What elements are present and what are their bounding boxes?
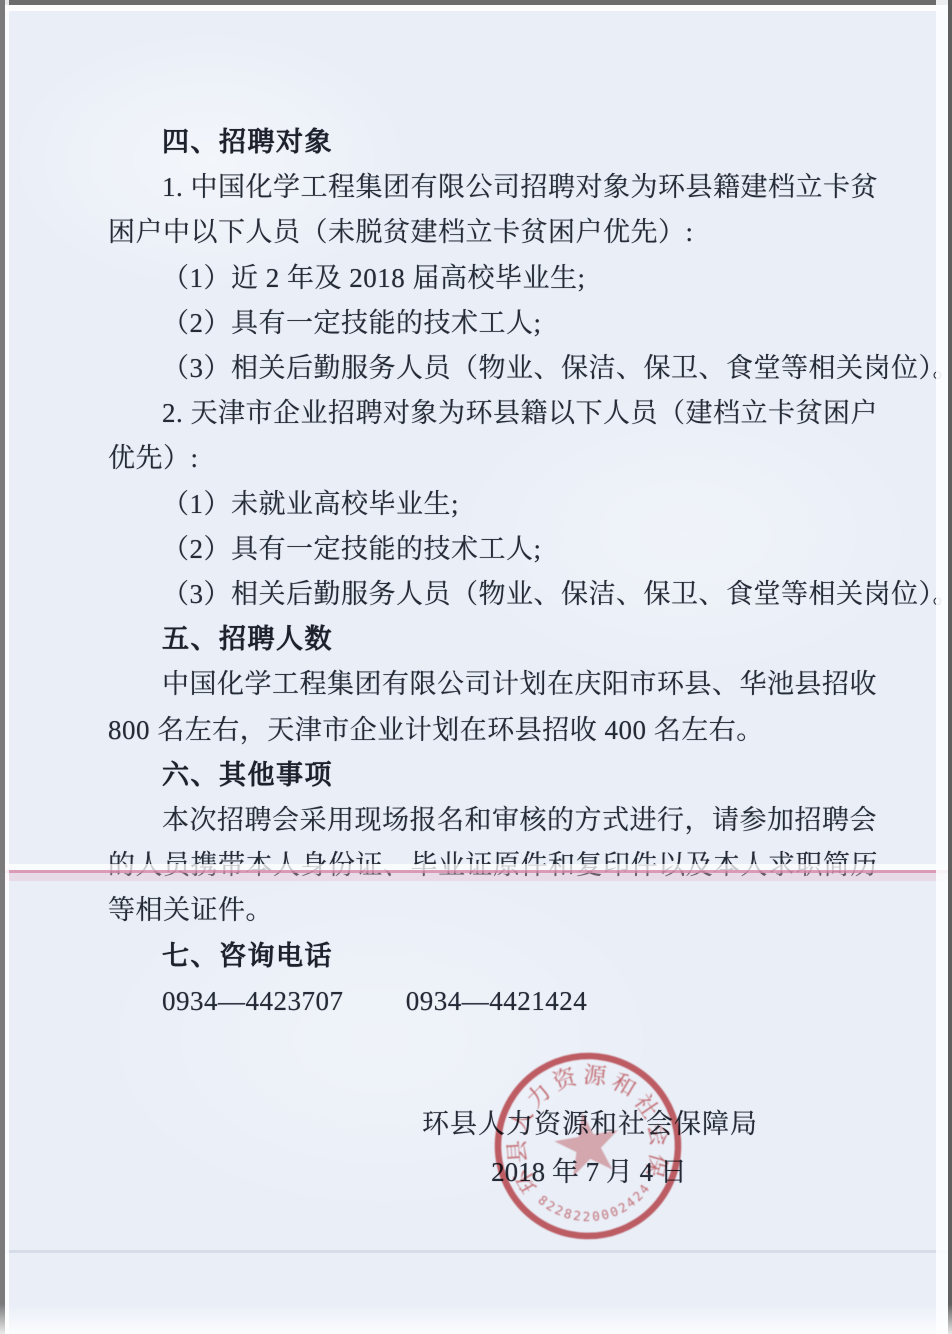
document-body: 四、招聘对象1. 中国化学工程集团有限公司招聘对象为环县籍建档立卡贫困户中以下人…	[108, 120, 922, 1024]
photo-edge-left-white	[5, 0, 9, 1334]
photo-edge-right-dark	[948, 0, 952, 1334]
document-heading-line: 七、咨询电话	[108, 934, 922, 979]
document-text-line: 本次招聘会采用现场报名和审核的方式进行，请参加招聘会	[108, 798, 922, 843]
document-text-line: 1. 中国化学工程集团有限公司招聘对象为环县籍建档立卡贫	[108, 165, 922, 210]
document-heading-line: 五、招聘人数	[108, 617, 922, 662]
document-text-line: 困户中以下人员（未脱贫建档立卡贫困户优先）:	[108, 210, 922, 255]
document-text-line: （2）具有一定技能的技术工人;	[108, 301, 922, 346]
document-text-line: 800 名左右，天津市企业计划在环县招收 400 名左右。	[108, 708, 922, 753]
document-text-line: （1）近 2 年及 2018 届高校毕业生;	[108, 256, 922, 301]
seal-star-icon	[550, 1107, 624, 1179]
document-text-line: 等相关证件。	[108, 888, 922, 933]
document-text-line: 中国化学工程集团有限公司计划在庆阳市环县、华池县招收	[108, 662, 922, 707]
seal-code: 8228220002424	[534, 1173, 658, 1233]
document-text-line: 优先）:	[108, 436, 922, 481]
photo-edge-top-white	[0, 5, 952, 11]
document-text-line: （3）相关后勤服务人员（物业、保洁、保卫、食堂等相关岗位）。	[108, 346, 922, 391]
document-heading-line: 六、其他事项	[108, 753, 922, 798]
document-text-line: 0934—4423707 0934—4421424	[108, 979, 922, 1024]
official-seal: 环县人力资源和社会保障局 8228220002424	[472, 1030, 704, 1262]
document-text-line: （1）未就业高校毕业生;	[108, 482, 922, 527]
document-heading-line: 四、招聘对象	[108, 120, 922, 165]
document-text-line: （3）相关后勤服务人员（物业、保洁、保卫、食堂等相关岗位）。	[108, 572, 922, 617]
scanned-document-photo: 四、招聘对象1. 中国化学工程集团有限公司招聘对象为环县籍建档立卡贫困户中以下人…	[0, 0, 952, 1334]
scan-artifact-gray-line	[0, 1250, 952, 1253]
photo-edge-right-white	[936, 0, 948, 1334]
scan-artifact-pink-fade	[0, 873, 952, 881]
document-text-line: （2）具有一定技能的技术工人;	[108, 527, 922, 572]
document-text-line: 2. 天津市企业招聘对象为环县籍以下人员（建档立卡贫困户	[108, 391, 922, 436]
photo-bottom-fade	[0, 1304, 952, 1334]
